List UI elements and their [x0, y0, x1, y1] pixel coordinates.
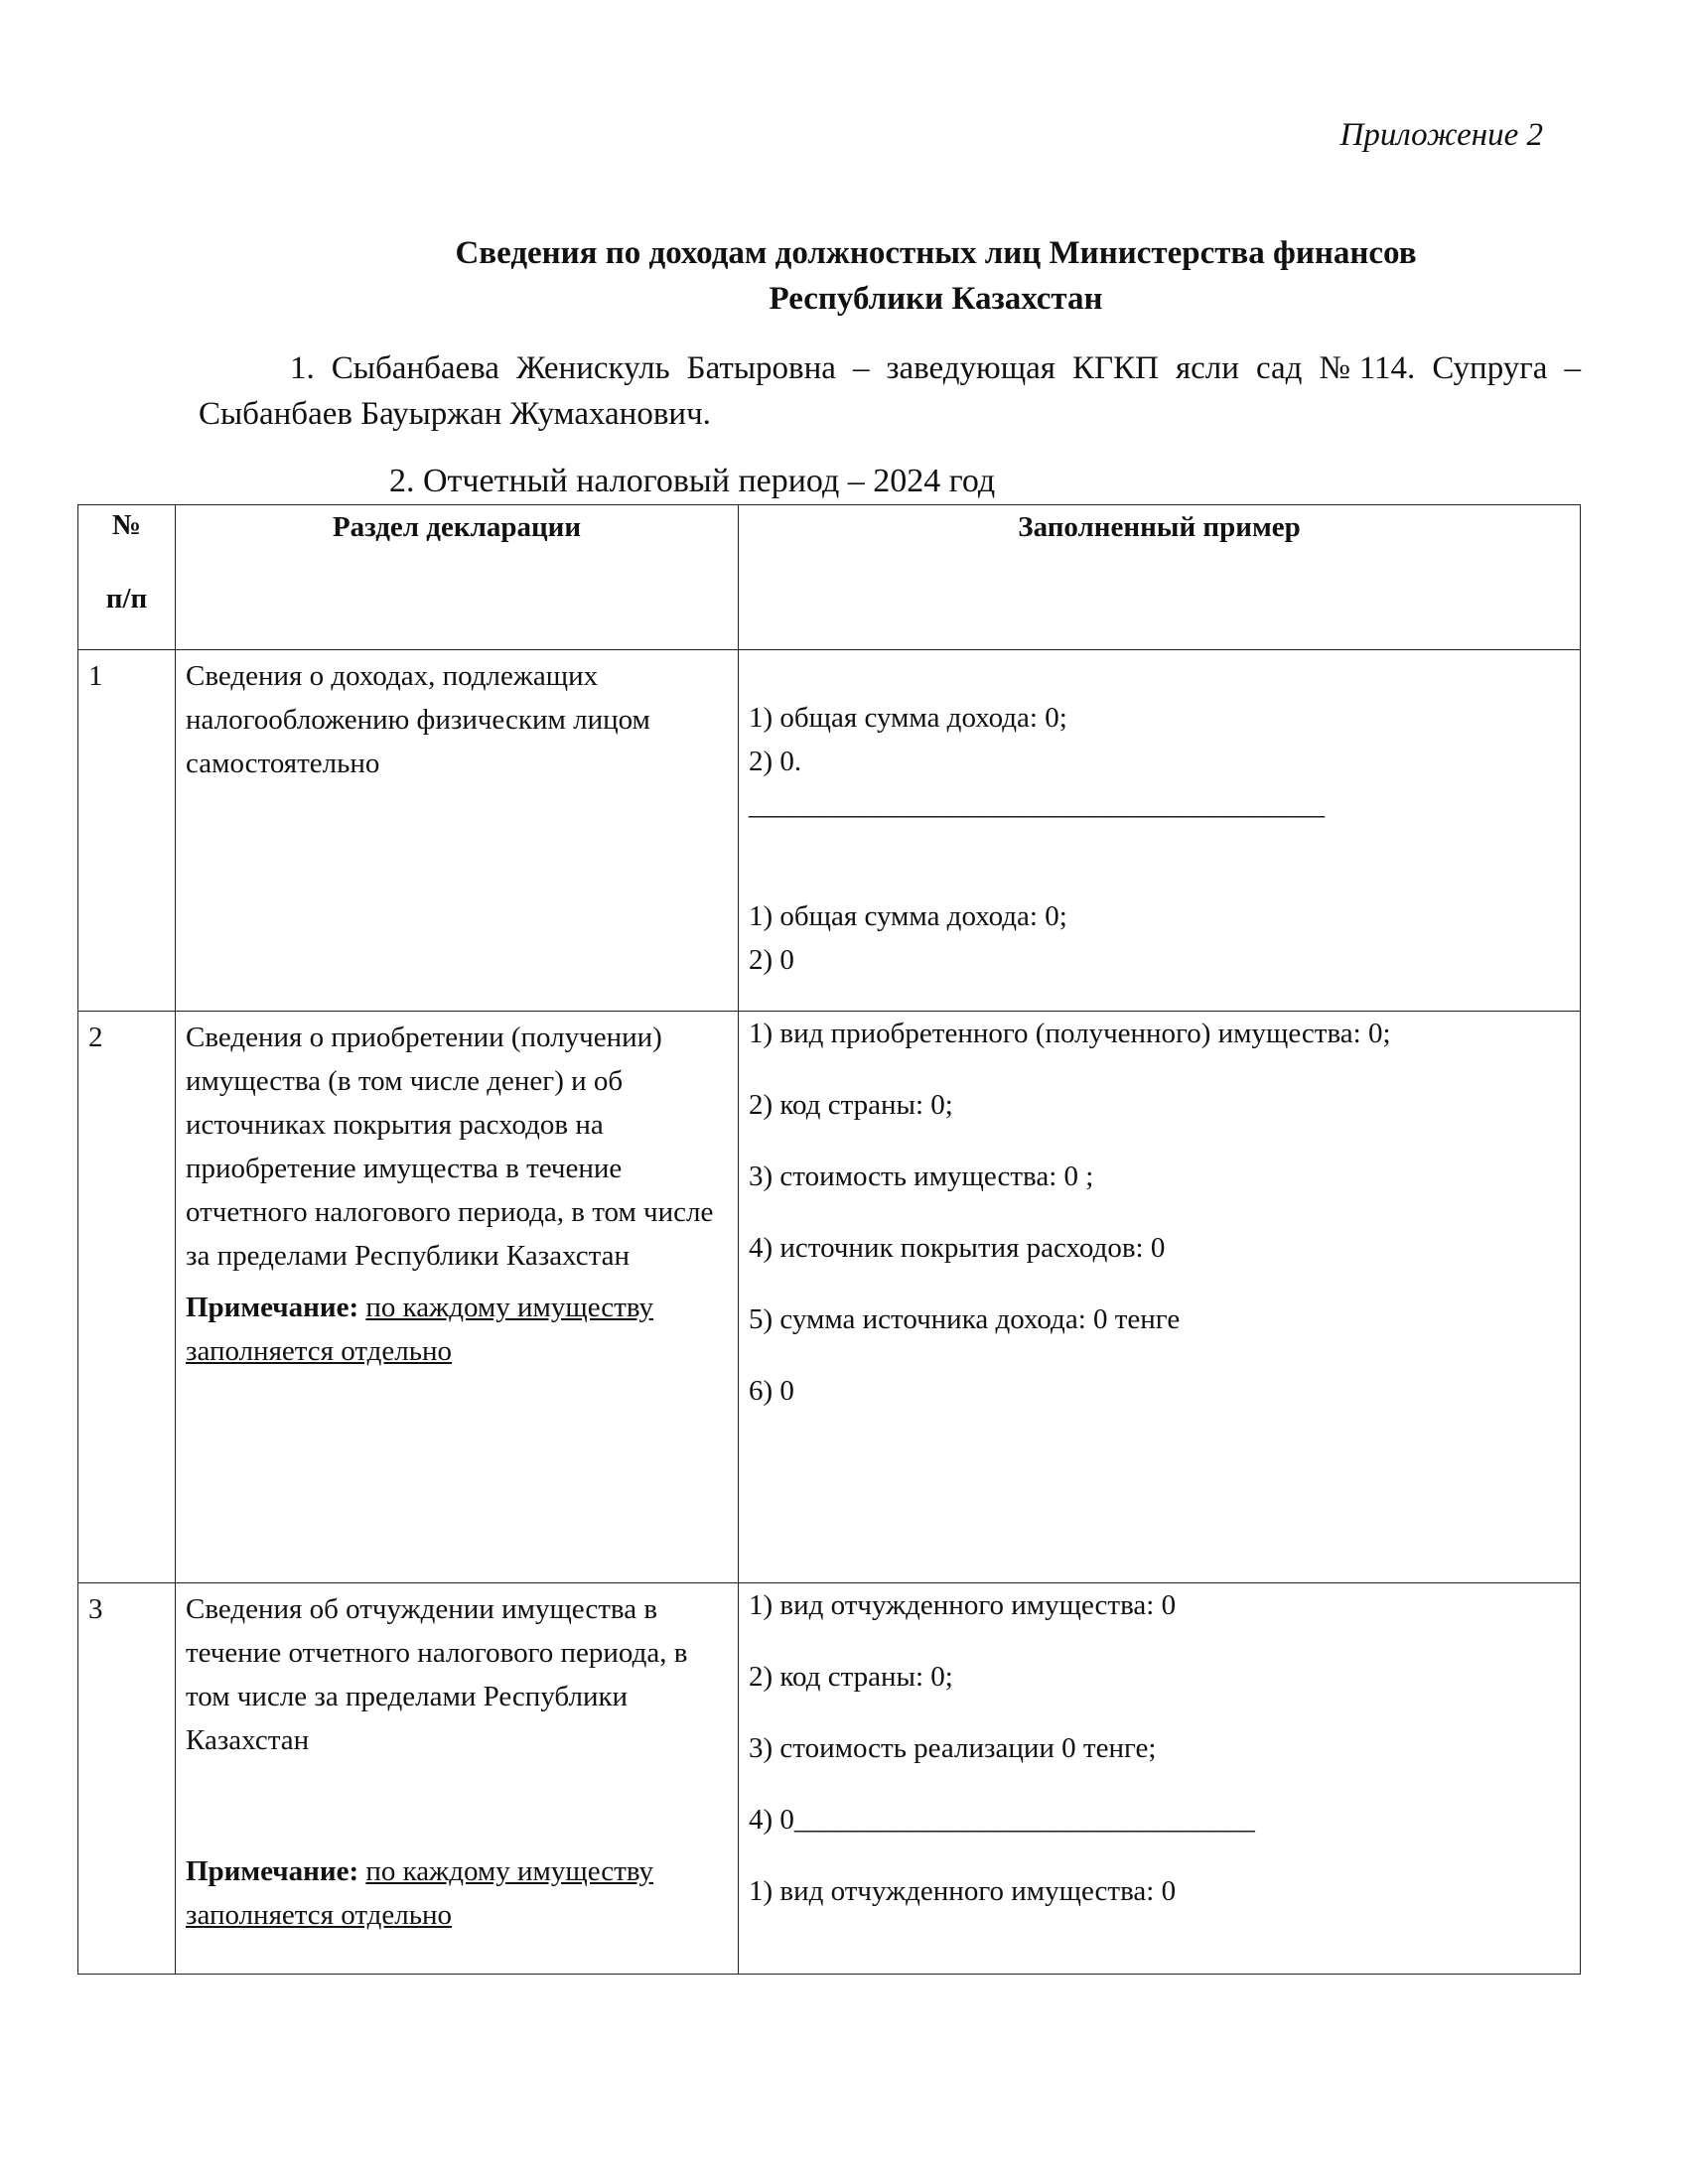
- row-section: Сведения о доходах, подлежащих налогообл…: [176, 650, 739, 1012]
- document-title: Сведения по доходам должностных лиц Мини…: [0, 230, 1688, 322]
- answer-line: 1) вид отчужденного имущества: 0: [749, 1583, 1570, 1627]
- answer-line: 2) 0: [749, 938, 1570, 982]
- header-example: Заполненный пример: [739, 505, 1581, 650]
- section-text: Сведения о приобретении (получении) имущ…: [186, 1022, 713, 1272]
- declaration-table: № п/п Раздел декларации Заполненный прим…: [77, 504, 1581, 1975]
- row-example: 1) вид отчужденного имущества: 0 2) код …: [739, 1583, 1581, 1975]
- note-label: Примечание:: [186, 1855, 358, 1887]
- answer-line: 1) вид приобретенного (полученного) имущ…: [749, 1012, 1570, 1055]
- row-number: 1: [78, 650, 176, 1012]
- person-info: 1. Сыбанбаева Женискуль Батыровна – заве…: [199, 345, 1581, 437]
- table-row: 1 Сведения о доходах, подлежащих налогоо…: [78, 650, 1581, 1012]
- answer-line: 5) сумма источника дохода: 0 тенге: [749, 1297, 1570, 1341]
- answer-line: 6) 0: [749, 1369, 1570, 1413]
- header-section: Раздел декларации: [176, 505, 739, 650]
- note-label: Примечание:: [186, 1292, 358, 1323]
- row-section: Сведения об отчуждении имущества в течен…: [176, 1583, 739, 1975]
- appendix-label: Приложение 2: [1340, 117, 1543, 154]
- row-number: 2: [78, 1012, 176, 1583]
- row-number: 3: [78, 1583, 176, 1975]
- answer-line: 1) общая сумма дохода: 0;: [749, 894, 1570, 938]
- answer-line: 1) вид отчужденного имущества: 0: [749, 1869, 1570, 1913]
- title-line-2: Республики Казахстан: [184, 276, 1688, 322]
- answer-line: 1) общая сумма дохода: 0;: [749, 696, 1570, 740]
- answer-line: 4) источник покрытия расходов: 0: [749, 1226, 1570, 1270]
- answer-line: 3) стоимость реализации 0 тенге;: [749, 1726, 1570, 1770]
- separator-line: ________________________________________: [749, 783, 1570, 827]
- title-line-1: Сведения по доходам должностных лиц Мини…: [184, 230, 1688, 276]
- row-example: 1) общая сумма дохода: 0; 2) 0. ________…: [739, 650, 1581, 1012]
- header-number-symbol: №: [88, 507, 165, 543]
- answer-line: 2) 0.: [749, 740, 1570, 783]
- answer-line: 2) код страны: 0;: [749, 1655, 1570, 1699]
- section-note: Примечание: по каждому имуществу заполня…: [186, 1286, 728, 1373]
- table-row: 2 Сведения о приобретении (получении) им…: [78, 1012, 1581, 1583]
- table-header-row: № п/п Раздел декларации Заполненный прим…: [78, 505, 1581, 650]
- header-number-abbr: п/п: [88, 581, 165, 616]
- answer-line: 3) стоимость имущества: 0 ;: [749, 1155, 1570, 1198]
- row-section: Сведения о приобретении (получении) имущ…: [176, 1012, 739, 1583]
- answer-line: 2) код страны: 0;: [749, 1083, 1570, 1127]
- header-number: № п/п: [78, 505, 176, 650]
- section-note: Примечание: по каждому имуществу заполня…: [186, 1849, 728, 1937]
- row-example: 1) вид приобретенного (полученного) имущ…: [739, 1012, 1581, 1583]
- person-line-1: 1. Сыбанбаева Женискуль Батыровна – заве…: [290, 350, 1415, 386]
- table-row: 3 Сведения об отчуждении имущества в теч…: [78, 1583, 1581, 1975]
- answer-line: 4) 0________________________________: [749, 1798, 1570, 1842]
- section-text: Сведения об отчуждении имущества в течен…: [186, 1593, 687, 1756]
- tax-period: 2. Отчетный налоговый период – 2024 год: [389, 459, 995, 504]
